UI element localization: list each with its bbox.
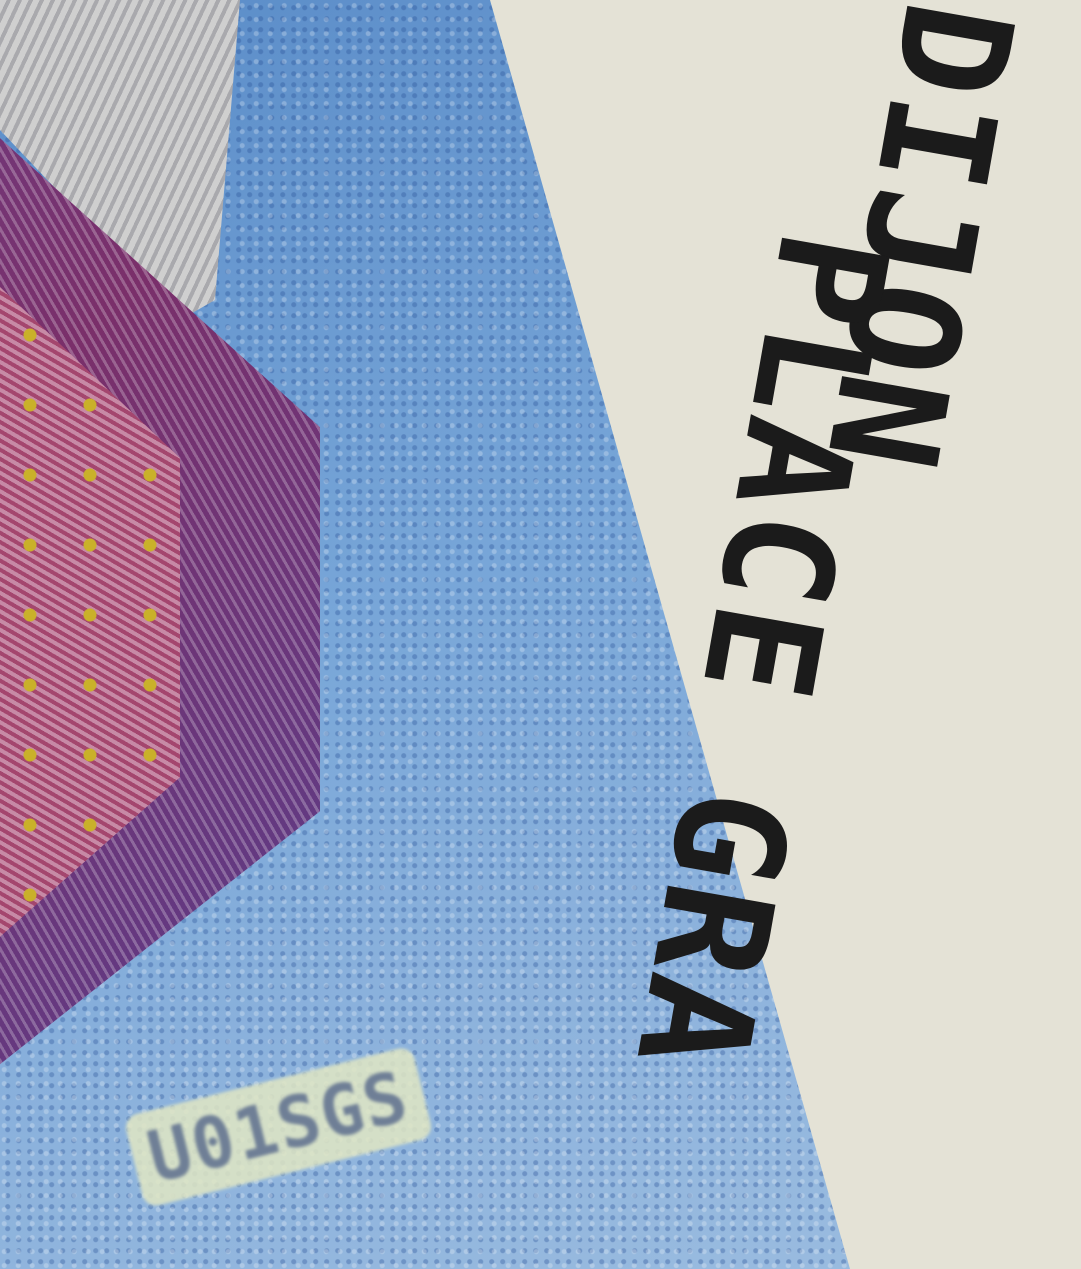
photo-scene: U01SGS DIJON PLACE GRA <box>0 0 1081 1269</box>
